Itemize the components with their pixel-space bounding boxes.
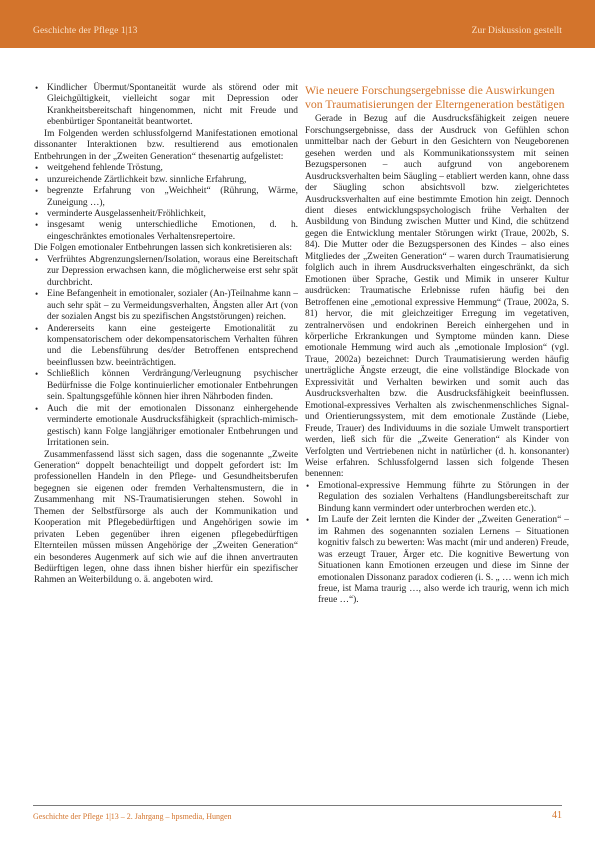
manifestations-list: weitgehend fehlende Tröstung, unzureiche… <box>34 163 298 243</box>
consequences-list: Verfrühtes Abgrenzungslernen/Isolation, … <box>34 255 298 450</box>
list-item: Schließlich können Verdrängung/Verleugnu… <box>34 369 298 403</box>
header-bar: Geschichte der Pflege 1|13 Zur Diskussio… <box>0 0 595 48</box>
footer-divider <box>33 805 562 806</box>
left-column: Kindlicher Übermut/Spontaneität wurde al… <box>34 83 298 587</box>
paragraph: Zusammenfassend lässt sich sagen, dass d… <box>34 450 298 587</box>
paragraph: Im Folgenden werden schlussfolgernd Mani… <box>34 129 298 163</box>
theses-list: Emotional-expressive Hemmung führte zu S… <box>305 481 569 607</box>
list-item: weitgehend fehlende Tröstung, <box>34 163 298 174</box>
paragraph: Die Folgen emotionaler Entbehrungen lass… <box>34 243 298 254</box>
list-item: Eine Befangenheit in emotionaler, sozial… <box>34 289 298 323</box>
page-number: 41 <box>552 810 562 821</box>
list-item: insgesamt wenig unterschiedliche Emotion… <box>34 220 298 243</box>
paragraph: Gerade in Bezug auf die Ausdrucksfähigke… <box>305 114 569 481</box>
intro-bullet-list: Kindlicher Übermut/Spontaneität wurde al… <box>34 83 298 129</box>
footer-citation: Geschichte der Pflege 1|13 – 2. Jahrgang… <box>33 812 232 821</box>
list-item: Verfrühtes Abgrenzungslernen/Isolation, … <box>34 255 298 289</box>
list-item: Im Laufe der Zeit lernten die Kinder der… <box>305 515 569 607</box>
list-item: begrenzte Erfahrung von „Weichheit“ (Rüh… <box>34 186 298 209</box>
list-item: unzureichende Zärtlichkeit bzw. sinnlich… <box>34 175 298 186</box>
section-heading: Wie neuere Forschungsergebnisse die Ausw… <box>305 83 569 111</box>
right-column: Wie neuere Forschungsergebnisse die Ausw… <box>305 83 569 607</box>
journal-title: Geschichte der Pflege 1|13 <box>33 26 137 36</box>
section-label: Zur Diskussion gestellt <box>472 26 562 36</box>
list-item: verminderte Ausgelassenheit/Fröhlichkeit… <box>34 209 298 220</box>
list-item: Andererseits kann eine gesteigerte Emoti… <box>34 324 298 370</box>
list-item: Auch die mit der emotionalen Dissonanz e… <box>34 404 298 450</box>
list-item: Kindlicher Übermut/Spontaneität wurde al… <box>34 83 298 129</box>
list-item: Emotional-expressive Hemmung führte zu S… <box>305 481 569 515</box>
